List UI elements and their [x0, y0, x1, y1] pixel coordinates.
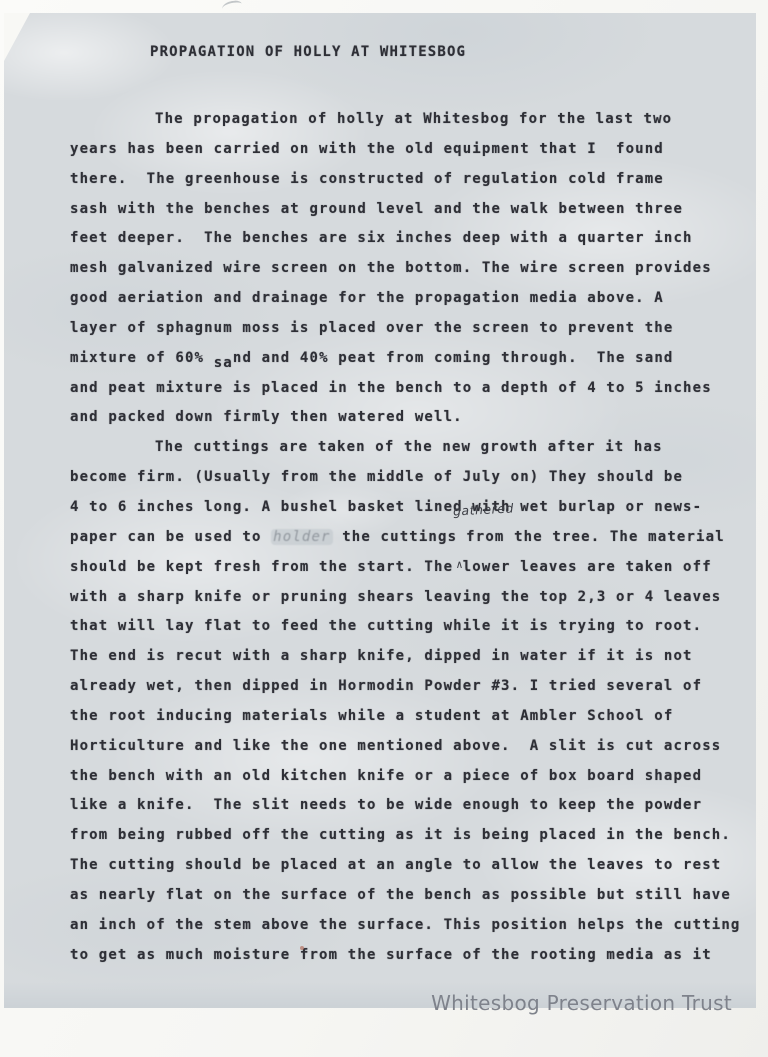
typed-line: paper can be used to holder the cuttings… — [70, 523, 750, 553]
typed-text: from the tree. The material — [466, 529, 725, 545]
typed-line: mixture of 60% sand and 40% peat from co… — [70, 344, 750, 374]
document-title: PROPAGATION OF HOLLY AT WHITESBOG — [150, 44, 466, 60]
typed-text: mixture of 60% — [70, 350, 214, 366]
typed-line: from being rubbed off the cutting as it … — [70, 821, 750, 851]
typed-line: already wet, then dipped in Hormodin Pow… — [70, 672, 750, 702]
caret-mark: ∧ — [456, 550, 464, 580]
typed-line: become firm. (Usually from the middle of… — [70, 463, 750, 493]
typed-line: and packed down firmly then watered well… — [70, 403, 750, 433]
typed-line: Horticulture and like the one mentioned … — [70, 732, 750, 762]
typed-line: years has been carried on with the old e… — [70, 135, 750, 165]
typed-line: The propagation of holly at Whitesbog fo… — [70, 105, 750, 135]
typed-line: layer of sphagnum moss is placed over th… — [70, 314, 750, 344]
erased-word: holder — [271, 529, 332, 545]
scanned-document-page: { "scan": { "title": "PROPAGATION OF HOL… — [0, 0, 768, 1057]
typed-line: to get as much moisture from the surface… — [70, 941, 750, 971]
typed-line: and peat mixture is placed in the bench … — [70, 374, 750, 404]
typed-line: The cuttings are taken of the new growth… — [70, 433, 750, 463]
typed-lines: The propagation of holly at Whitesbog fo… — [70, 105, 750, 970]
typed-line: that will lay flat to feed the cutting w… — [70, 612, 750, 642]
typed-line: The cutting should be placed at an angle… — [70, 851, 750, 881]
typed-text: paper can be used to — [70, 529, 271, 545]
typed-line: as nearly flat on the surface of the ben… — [70, 881, 750, 911]
pen-scribble-mark — [221, 0, 242, 13]
watermark-text: Whitesbog Preservation Trust — [431, 991, 732, 1015]
typed-line: the root inducing materials while a stud… — [70, 702, 750, 732]
typed-line: feet deeper. The benches are six inches … — [70, 224, 750, 254]
typed-text: nd and 40% peat from coming through. The… — [233, 350, 674, 366]
typed-line: good aeriation and drainage for the prop… — [70, 284, 750, 314]
typed-line: an inch of the stem above the surface. T… — [70, 911, 750, 941]
typed-line: the bench with an old kitchen knife or a… — [70, 762, 750, 792]
typed-line: with a sharp knife or pruning shears lea… — [70, 583, 750, 613]
typed-line: 4 to 6 inches long. A bushel basket line… — [70, 493, 750, 523]
handwritten-word: gathered — [452, 493, 514, 526]
typed-line: should be kept fresh from the start. The… — [70, 553, 750, 583]
paper-speck — [300, 946, 304, 950]
typed-line: sash with the benches at ground level an… — [70, 195, 750, 225]
typed-line: The end is recut with a sharp knife, dip… — [70, 642, 750, 672]
typed-line: like a knife. The slit needs to be wide … — [70, 791, 750, 821]
typed-text-lowered: sa — [214, 355, 233, 371]
paper-corner-cut — [4, 13, 30, 61]
typed-line: mesh galvanized wire screen on the botto… — [70, 254, 750, 284]
typed-line: there. The greenhouse is constructed of … — [70, 165, 750, 195]
typed-text: the cuttings — [333, 529, 458, 545]
